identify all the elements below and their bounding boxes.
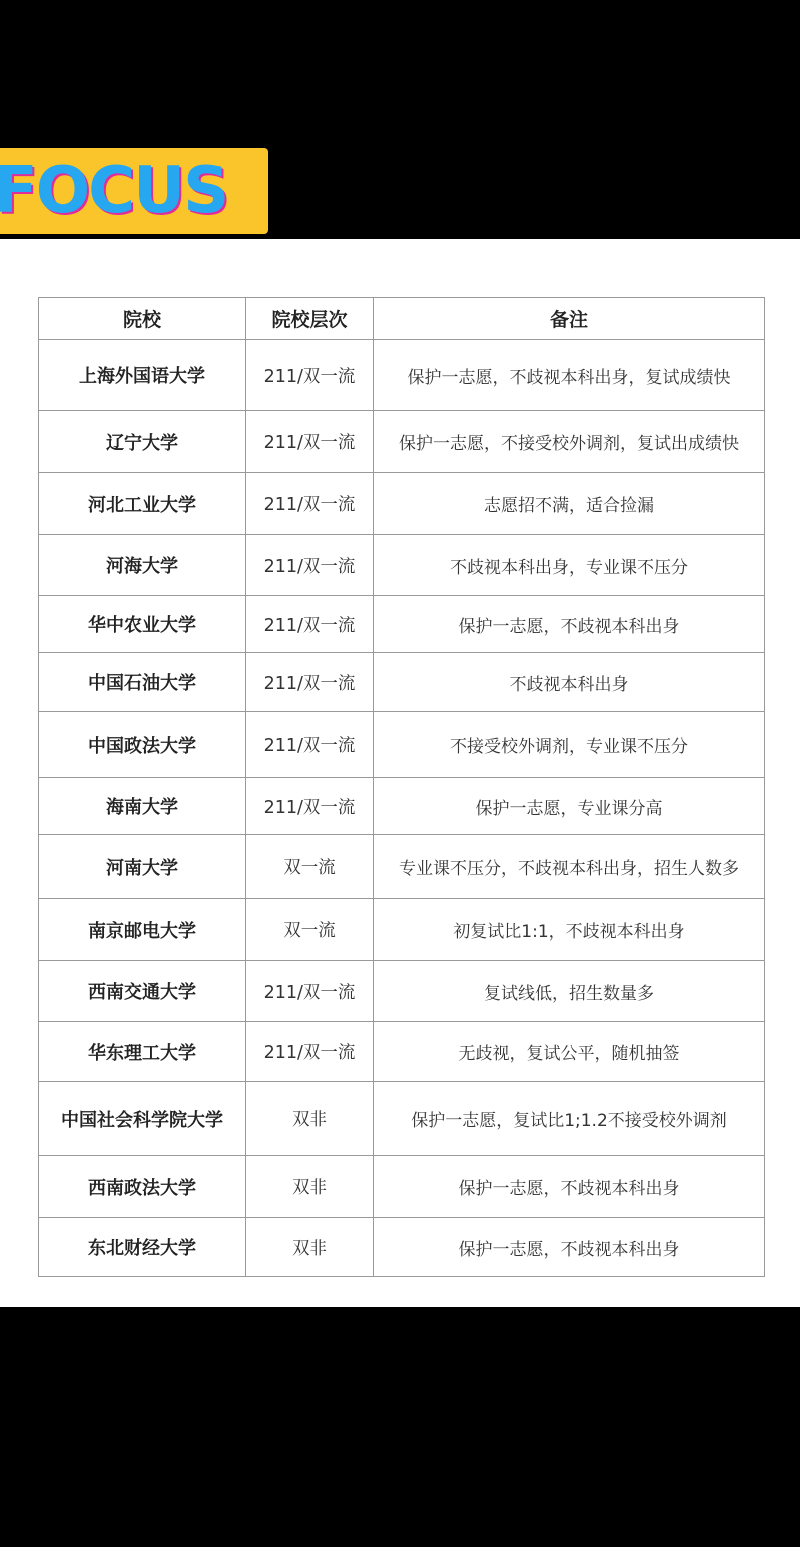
banner-title: FOCUS <box>0 159 227 223</box>
school-name-cell: 中国石油大学 <box>39 653 246 712</box>
table-row: 中国石油大学211/双一流不歧视本科出身 <box>39 653 765 712</box>
school-note-cell: 保护一志愿，不歧视本科出身 <box>374 1156 765 1218</box>
school-name-cell: 西南政法大学 <box>39 1156 246 1218</box>
school-level-cell: 双非 <box>246 1082 374 1156</box>
table-row: 华东理工大学211/双一流无歧视，复试公平，随机抽签 <box>39 1022 765 1082</box>
table-row: 河海大学211/双一流不歧视本科出身，专业课不压分 <box>39 535 765 596</box>
school-level-cell: 双非 <box>246 1156 374 1218</box>
school-note-cell: 保护一志愿，不歧视本科出身，复试成绩快 <box>374 340 765 411</box>
school-level-cell: 211/双一流 <box>246 712 374 778</box>
table-row: 中国社会科学院大学双非保护一志愿，复试比1;1.2不接受校外调剂 <box>39 1082 765 1156</box>
table-header-row: 院校 院校层次 备注 <box>39 298 765 340</box>
table-row: 海南大学211/双一流保护一志愿，专业课分高 <box>39 778 765 835</box>
school-level-cell: 211/双一流 <box>246 1022 374 1082</box>
table-row: 东北财经大学双非保护一志愿，不歧视本科出身 <box>39 1218 765 1277</box>
table-row: 南京邮电大学双一流初复试比1:1，不歧视本科出身 <box>39 899 765 961</box>
school-name-cell: 西南交通大学 <box>39 961 246 1022</box>
school-name-cell: 中国社会科学院大学 <box>39 1082 246 1156</box>
school-note-cell: 保护一志愿，不歧视本科出身 <box>374 1218 765 1277</box>
school-name-cell: 海南大学 <box>39 778 246 835</box>
university-table: 院校 院校层次 备注 上海外国语大学211/双一流保护一志愿，不歧视本科出身，复… <box>38 297 765 1277</box>
school-level-cell: 211/双一流 <box>246 473 374 535</box>
bottom-black-bar <box>0 1307 800 1547</box>
school-note-cell: 保护一志愿，专业课分高 <box>374 778 765 835</box>
school-name-cell: 中国政法大学 <box>39 712 246 778</box>
school-note-cell: 不歧视本科出身，专业课不压分 <box>374 535 765 596</box>
school-note-cell: 专业课不压分，不歧视本科出身，招生人数多 <box>374 835 765 899</box>
school-note-cell: 复试线低，招生数量多 <box>374 961 765 1022</box>
school-level-cell: 211/双一流 <box>246 596 374 653</box>
school-name-cell: 华中农业大学 <box>39 596 246 653</box>
focus-banner: FOCUS <box>0 148 268 234</box>
table-row: 中国政法大学211/双一流不接受校外调剂，专业课不压分 <box>39 712 765 778</box>
table-row: 西南交通大学211/双一流复试线低，招生数量多 <box>39 961 765 1022</box>
header-note: 备注 <box>374 298 765 340</box>
header-level: 院校层次 <box>246 298 374 340</box>
school-name-cell: 辽宁大学 <box>39 411 246 473</box>
table-row: 河南大学双一流专业课不压分，不歧视本科出身，招生人数多 <box>39 835 765 899</box>
school-level-cell: 211/双一流 <box>246 411 374 473</box>
school-name-cell: 华东理工大学 <box>39 1022 246 1082</box>
school-level-cell: 211/双一流 <box>246 961 374 1022</box>
table-row: 上海外国语大学211/双一流保护一志愿，不歧视本科出身，复试成绩快 <box>39 340 765 411</box>
school-name-cell: 上海外国语大学 <box>39 340 246 411</box>
school-level-cell: 211/双一流 <box>246 340 374 411</box>
school-name-cell: 河南大学 <box>39 835 246 899</box>
school-level-cell: 211/双一流 <box>246 653 374 712</box>
school-level-cell: 双非 <box>246 1218 374 1277</box>
table-row: 辽宁大学211/双一流保护一志愿，不接受校外调剂，复试出成绩快 <box>39 411 765 473</box>
school-level-cell: 双一流 <box>246 835 374 899</box>
header-school: 院校 <box>39 298 246 340</box>
school-note-cell: 保护一志愿，不接受校外调剂，复试出成绩快 <box>374 411 765 473</box>
school-note-cell: 志愿招不满，适合捡漏 <box>374 473 765 535</box>
school-note-cell: 保护一志愿，复试比1;1.2不接受校外调剂 <box>374 1082 765 1156</box>
school-name-cell: 东北财经大学 <box>39 1218 246 1277</box>
school-note-cell: 初复试比1:1，不歧视本科出身 <box>374 899 765 961</box>
school-level-cell: 211/双一流 <box>246 535 374 596</box>
school-level-cell: 双一流 <box>246 899 374 961</box>
school-level-cell: 211/双一流 <box>246 778 374 835</box>
table-row: 西南政法大学双非保护一志愿，不歧视本科出身 <box>39 1156 765 1218</box>
school-note-cell: 保护一志愿，不歧视本科出身 <box>374 596 765 653</box>
table-row: 华中农业大学211/双一流保护一志愿，不歧视本科出身 <box>39 596 765 653</box>
school-name-cell: 河北工业大学 <box>39 473 246 535</box>
school-note-cell: 不歧视本科出身 <box>374 653 765 712</box>
school-note-cell: 不接受校外调剂，专业课不压分 <box>374 712 765 778</box>
table-row: 河北工业大学211/双一流志愿招不满，适合捡漏 <box>39 473 765 535</box>
school-note-cell: 无歧视，复试公平，随机抽签 <box>374 1022 765 1082</box>
school-name-cell: 南京邮电大学 <box>39 899 246 961</box>
school-name-cell: 河海大学 <box>39 535 246 596</box>
